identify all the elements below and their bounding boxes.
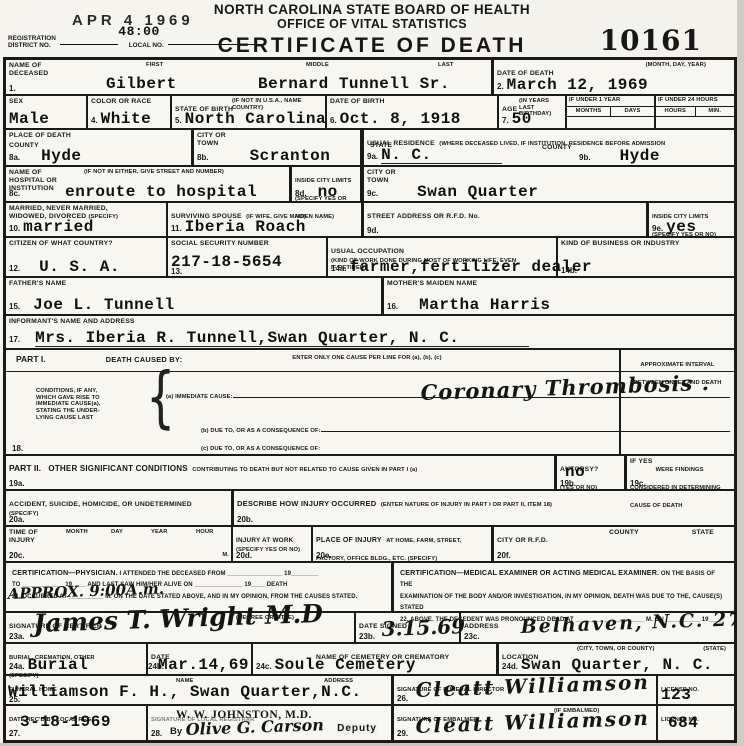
injury-city-number: 20f. <box>497 551 511 560</box>
other-conditions-number: 19a. <box>9 479 25 488</box>
field-citizen: CITIZEN OF WHAT COUNTRY? 12. U. S. A. <box>6 238 166 276</box>
field-place-of-injury: PLACE OF INJURY AT HOME, FARM, STREET, F… <box>311 527 491 561</box>
accident-label: ACCIDENT, SUICIDE, HOMICIDE, OR UNDETERM… <box>9 501 192 508</box>
field-date-received: DATE REC'D BY LOCAL REG. 27. 3-18-1969 <box>6 706 146 740</box>
informant-number: 17. <box>9 335 20 344</box>
address-label: ADDRESS <box>464 623 499 630</box>
field-occupation: USUAL OCCUPATION (KIND OF WORK DONE DURI… <box>326 238 556 276</box>
address-number: 23c. <box>464 632 480 641</box>
last-sublabel: LAST <box>438 62 454 69</box>
limits-8d-number: 8d. <box>295 189 307 198</box>
place-of-death-label: PLACE OF DEATH <box>9 132 188 140</box>
funeral-director-number: 26. <box>397 694 408 703</box>
part1-number: 18. <box>12 444 23 453</box>
state-of-birth-number: 5. <box>175 116 182 125</box>
other-conditions-label: OTHER SIGNIFICANT CONDITIONS <box>48 464 187 473</box>
first-sublabel: FIRST <box>146 62 163 69</box>
title-line3: CERTIFICATE OF DEATH <box>180 34 564 58</box>
year-label: YEAR <box>151 529 168 536</box>
date-of-death-number: 2. <box>497 82 504 91</box>
field-sex: SEX Male <box>6 96 86 128</box>
field-date-signed: DATE SIGNED 23b. 3.15.69 <box>354 613 459 642</box>
field-if-under-1-year: IF UNDER 1 YEAR MONTHS DAYS <box>565 96 654 128</box>
row-registrar: DATE REC'D BY LOCAL REG. 27. 3-18-1969 S… <box>6 706 734 740</box>
due-to-b-line: (b) DUE TO, OR AS A CONSEQUENCE OF: <box>201 422 730 435</box>
row-demographics: SEX Male COLOR OR RACE 4. White STATE OF… <box>6 96 734 130</box>
form-title: NORTH CAROLINA STATE BOARD OF HEALTH OFF… <box>180 2 564 58</box>
field-embalmer-license: LICENSE NO. 684 <box>656 706 734 740</box>
date-signed-number: 23b. <box>359 632 375 641</box>
immediate-cause-value: Coronary Thrombosis . <box>420 370 710 405</box>
part1-body: CONDITIONS, IF ANY, WHICH GAVE RISE TO I… <box>6 372 734 456</box>
due-to-b-rule <box>321 422 730 432</box>
day-label: DAY <box>111 529 123 536</box>
part1-header: PART I. DEATH CAUSED BY: ENTER ONLY ONE … <box>6 350 734 372</box>
hours-label: HOURS <box>656 107 695 118</box>
sex-value: Male <box>9 111 49 127</box>
how-injury-number: 20b. <box>237 515 253 524</box>
field-how-injury-occurred: DESCRIBE HOW INJURY OCCURRED (ENTER NATU… <box>231 491 734 525</box>
citizen-number: 12. <box>9 264 20 273</box>
under-24-hours-label: IF UNDER 24 HOURS <box>656 96 734 107</box>
hour-label: HOUR <box>196 529 213 536</box>
field-time-of-injury: TIME OFINJURY MONTH DAY YEAR HOUR 20c. M… <box>6 527 231 561</box>
middle-sublabel: MIDDLE <box>306 62 329 69</box>
min-label: MIN. <box>696 107 735 118</box>
cemetery-number: 24c. <box>256 662 272 671</box>
row-accident: ACCIDENT, SUICIDE, HOMICIDE, OR UNDETERM… <box>6 491 734 527</box>
date-of-birth-number: 6. <box>330 116 337 125</box>
hospital-value: enroute to hospital <box>65 184 257 200</box>
limits-8d-value: no <box>318 184 338 200</box>
location-sublabel-1: (CITY, TOWN, OR COUNTY) <box>577 646 655 653</box>
date-of-birth-label: DATE OF BIRTH <box>330 98 494 106</box>
row-citizen: CITIZEN OF WHAT COUNTRY? 12. U. S. A. SO… <box>6 238 734 278</box>
ssn-number: 13. <box>171 267 182 276</box>
field-director-license: LICENSE NO. 123 <box>656 676 734 704</box>
row-hospital: NAME OFHOSPITAL ORINSTITUTION (IF NOT IN… <box>6 167 734 203</box>
field-marital-status: MARRIED, NEVER MARRIED,WIDOWED, DIVORCED… <box>6 203 166 236</box>
injury-state-label: STATE <box>692 529 714 537</box>
county-8a-value: Hyde <box>41 148 81 164</box>
registration-district-line <box>60 33 118 45</box>
date-of-death-value: March 12, 1969 <box>507 77 648 93</box>
field-cemetery: NAME OF CEMETERY OR CREMATORY 24c. Soule… <box>251 644 496 674</box>
certifier-signature-number: 23a. <box>9 632 25 641</box>
immediate-cause-line: (a) IMMEDIATE CAUSE: Coronary Thrombosis… <box>166 388 730 401</box>
date-signed-value: 3.15.69 <box>381 614 465 641</box>
field-inside-limits-9e: INSIDE CITY LIMITS (SPECIFY YES OR NO) 9… <box>646 203 734 236</box>
race-value: White <box>101 111 152 127</box>
field-city-or-town-8b: CITY ORTOWN 8b. Scranton <box>191 130 361 165</box>
row-certifier-signature: SIGNATURE OF CERTIFIER (DEGREE OR TITLE)… <box>6 613 734 644</box>
row-informant: INFORMANT'S NAME AND ADDRESS 17. Mrs. Ib… <box>6 316 734 350</box>
conditions-note: CONDITIONS, IF ANY, WHICH GAVE RISE TO I… <box>36 388 146 421</box>
city-9c-number: 9c. <box>367 189 378 198</box>
field-date-of-birth: DATE OF BIRTH 6. Oct. 8, 1918 <box>325 96 497 128</box>
industry-label: KIND OF BUSINESS OR INDUSTRY <box>561 240 731 248</box>
page-header: APR 4 1969 REGISTRATIONDISTRICT NO. 48:0… <box>0 0 744 57</box>
row-parents: FATHER'S NAME 15. Joe L. Tunnell MOTHER'… <box>6 278 734 316</box>
occupation-label: USUAL OCCUPATION <box>331 248 404 255</box>
county-9b-label: COUNTY <box>542 144 572 152</box>
row-place-of-death: PLACE OF DEATH COUNTY 8a. Hyde CITY ORTO… <box>6 130 734 167</box>
ssn-value: 217-18-5654 <box>171 254 282 270</box>
field-accident: ACCIDENT, SUICIDE, HOMICIDE, OR UNDETERM… <box>6 491 231 525</box>
field-mother: MOTHER'S MAIDEN NAME 16. Martha Harris <box>381 278 734 314</box>
date-of-birth-value: Oct. 8, 1918 <box>340 111 461 127</box>
interval-label-1: APPROXIMATE INTERVAL <box>640 362 714 368</box>
name-first-value: Gilbert <box>106 76 177 92</box>
spouse-number: 11. <box>171 224 182 233</box>
field-father: FATHER'S NAME 15. Joe L. Tunnell <box>6 278 381 314</box>
accident-number: 20a. <box>9 515 25 524</box>
conditions-line3: IMMEDIATE CAUSE(a), <box>36 401 146 408</box>
under-1-year-label: IF UNDER 1 YEAR <box>567 96 654 107</box>
field-certifier-signature: SIGNATURE OF CERTIFIER (DEGREE OR TITLE)… <box>6 613 354 642</box>
certificate-form: NAME OFDECEASED FIRST MIDDLE LAST 1. Gil… <box>3 57 737 743</box>
other-conditions-sublabel: CONTRIBUTING TO DEATH BUT NOT RELATED TO… <box>192 467 417 473</box>
field-usual-residence: USUAL RESIDENCE (WHERE DECEASED LIVED, I… <box>361 130 734 165</box>
field-embalmer-signature: SIGNATURE OF EMBALMER (IF EMBALMED) 29. … <box>391 706 656 740</box>
location-number: 24d. <box>502 662 518 671</box>
father-value: Joe L. Tunnell <box>33 297 174 313</box>
injury-county-label: COUNTY <box>609 529 639 537</box>
part1-label: PART I. <box>16 354 46 364</box>
age-value: 50 <box>512 111 532 127</box>
informant-value: Mrs. Iberia R. Tunnell,Swan Quarter, N. … <box>35 330 529 347</box>
spouse-value: Iberia Roach <box>185 219 306 235</box>
county-9b-value: Hyde <box>620 148 660 164</box>
accident-sublabel: (SPECIFY) <box>9 511 228 518</box>
due-to-c-label: (c) DUE TO, OR AS A CONSEQUENCE OF: <box>201 446 320 453</box>
race-number: 4. <box>91 116 98 125</box>
local-no-label: LOCAL NO. <box>129 42 164 50</box>
title-line2: OFFICE OF VITAL STATISTICS <box>180 17 564 31</box>
citizen-value: U. S. A. <box>39 259 120 275</box>
autopsy-number: 19b. <box>560 479 576 488</box>
embalmer-license-value: 684 <box>668 715 698 731</box>
state-9a-number: 9a. <box>367 152 378 161</box>
county-9b-number: 9b. <box>579 153 591 162</box>
sex-label: SEX <box>9 98 83 106</box>
row-funeral-home: FUNERAL HOME NAME ADDRESS 25. Williamson… <box>6 676 734 706</box>
conditions-line4: STATING THE UNDER- <box>36 408 146 415</box>
interval-header: APPROXIMATE INTERVAL BETWEEN ONSET AND D… <box>619 350 734 371</box>
examiner-line1: CERTIFICATION—MEDICAL EXAMINER OR ACTING… <box>400 566 728 592</box>
field-funeral-director-signature: SIGNATURE OF FUNERAL DIRECTOR 26. Cleatt… <box>391 676 656 704</box>
days-label: DAYS <box>611 107 654 118</box>
field-certifier-address: ADDRESS 23c. Belhaven, N.C. 27810 <box>459 613 734 642</box>
row-time-of-injury: TIME OFINJURY MONTH DAY YEAR HOUR 20c. M… <box>6 527 734 563</box>
city-8b-value: Scranton <box>250 148 331 164</box>
conditions-line1: CONDITIONS, IF ANY, <box>36 388 146 395</box>
one-cause-per-line-note: ENTER ONLY ONE CAUSE PER LINE FOR (a), (… <box>292 355 441 362</box>
hospital-sublabel: (IF NOT IN EITHER, GIVE STREET AND NUMBE… <box>84 169 224 176</box>
race-label: COLOR OR RACE <box>91 98 167 106</box>
mother-number: 16. <box>387 302 398 311</box>
marital-number: 10. <box>9 224 20 233</box>
field-other-significant-conditions: PART II. OTHER SIGNIFICANT CONDITIONS CO… <box>6 456 554 489</box>
field-burial: BURIAL, CREMATION, OTHER (SPECIFY) 24a. … <box>6 644 146 674</box>
marital-value: married <box>23 219 94 235</box>
field-surviving-spouse: SURVIVING SPOUSE (IF WIFE, GIVE MAIDEN N… <box>166 203 361 236</box>
physician-attended-text: I ATTENDED THE DECEASED FROM ___________… <box>119 571 318 577</box>
part2-label: PART II. <box>9 463 41 473</box>
field-race: COLOR OR RACE 4. White <box>86 96 170 128</box>
month-label: MONTH <box>66 529 88 536</box>
date-received-number: 27. <box>9 729 20 738</box>
location-sublabel-2: (STATE) <box>703 646 726 653</box>
place-of-injury-number: 20e. <box>316 551 332 560</box>
field-injury-at-work: INJURY AT WORK (SPECIFY YES OR NO) 20d. <box>231 527 311 561</box>
field-findings: IF YES WERE FINDINGS CONSIDERED IN DETER… <box>624 456 734 489</box>
name-number: 1. <box>9 84 16 93</box>
findings-number: 19c. <box>630 479 646 488</box>
months-label: MONTHS <box>567 107 610 118</box>
death-certificate-scan: APR 4 1969 REGISTRATIONDISTRICT NO. 48:0… <box>0 0 744 746</box>
meridiem-label: M. <box>222 552 229 559</box>
due-to-c-line: (c) DUE TO, OR AS A CONSEQUENCE OF: <box>201 446 604 453</box>
field-age: AGE (IN YEARS LAST BIRTHDAY) 7. 50 <box>497 96 565 128</box>
father-number: 15. <box>9 302 20 311</box>
place-of-injury-label: PLACE OF INJURY <box>316 537 382 544</box>
field-local-registrar-signature: SIGNATURE OF LOCAL REGISTRAR W. W. JOHNS… <box>146 706 391 740</box>
city-9c-value: Swan Quarter <box>417 184 538 200</box>
part2-row: PART II. OTHER SIGNIFICANT CONDITIONS CO… <box>6 456 734 491</box>
certificate-number: 10161 <box>600 24 702 57</box>
registration-district-label: REGISTRATIONDISTRICT NO. <box>8 35 56 50</box>
local-registrar-number: 28. <box>151 729 162 738</box>
name-rest-value: Bernard Tunnell Sr. <box>258 76 450 92</box>
immediate-cause-label: (a) IMMEDIATE CAUSE: <box>166 394 233 401</box>
city-8b-number: 8b. <box>197 153 209 162</box>
time-of-injury-number: 20c. <box>9 551 25 560</box>
field-funeral-home: FUNERAL HOME NAME ADDRESS 25. Williamson… <box>6 676 391 704</box>
registration-district-value: 48:00 <box>118 25 160 38</box>
row-marital: MARRIED, NEVER MARRIED,WIDOWED, DIVORCED… <box>6 203 734 238</box>
embalmer-value: Cleatt Williamson <box>415 706 650 738</box>
state-9a-value: N. C. <box>381 147 502 164</box>
registrar-deputy-signature: Olive G. Carson <box>185 715 324 739</box>
street-label: STREET ADDRESS OR R.F.D. No. <box>367 213 480 220</box>
citizen-label: CITIZEN OF WHAT COUNTRY? <box>9 240 163 248</box>
certification-physician-label: CERTIFICATION—PHYSICIAN. <box>12 568 118 577</box>
field-state-of-birth: STATE OF BIRTH (IF NOT IN U.S.A., NAME C… <box>170 96 325 128</box>
father-label: FATHER'S NAME <box>9 280 378 288</box>
field-if-under-24-hours: IF UNDER 24 HOURS HOURS MIN. <box>654 96 734 128</box>
county-8a-number: 8a. <box>9 153 20 162</box>
conditions-line2: WHICH GAVE RISE TO <box>36 395 146 402</box>
field-date-of-death: DATE OF DEATH (MONTH, DAY, YEAR) 2. Marc… <box>491 60 734 94</box>
findings-label: IF YES <box>630 458 653 466</box>
date-of-death-sublabel: (MONTH, DAY, YEAR) <box>646 62 706 69</box>
date-received-value: 3-18-1969 <box>20 714 111 730</box>
ssn-label: SOCIAL SECURITY NUMBER <box>171 240 323 248</box>
field-hospital: NAME OFHOSPITAL ORINSTITUTION (IF NOT IN… <box>6 167 289 201</box>
field-inside-limits-8d: INSIDE CITY LIMITS (SPECIFY YES OR NO) 8… <box>289 167 361 201</box>
field-burial-date: DATE 24b. Mar.14,69 <box>146 644 251 674</box>
title-line1: NORTH CAROLINA STATE BOARD OF HEALTH <box>180 2 564 17</box>
state-of-birth-value: North Carolina <box>185 111 326 127</box>
certification-examiner-label: CERTIFICATION—MEDICAL EXAMINER OR ACTING… <box>400 568 659 577</box>
embalmer-number: 29. <box>397 729 408 738</box>
due-to-b-label: (b) DUE TO, OR AS A CONSEQUENCE OF: <box>201 428 321 435</box>
how-injury-label: DESCRIBE HOW INJURY OCCURRED <box>237 499 376 508</box>
registrar-by-label: By <box>170 726 182 737</box>
burial-date-value: Mar.14,69 <box>158 657 249 673</box>
occupation-value: farmer,fertilizer dealer <box>350 259 592 275</box>
burial-number: 24a. <box>9 662 25 671</box>
mother-value: Martha Harris <box>419 297 550 313</box>
city-8b-label: CITY ORTOWN <box>197 132 357 148</box>
injury-city-label: CITY OR R.F.D. <box>497 537 548 544</box>
field-burial-location: LOCATION (CITY, TOWN, OR COUNTY) (STATE)… <box>496 644 734 674</box>
limits-9e-value: yes <box>666 219 696 235</box>
hospital-number: 8c. <box>9 189 20 198</box>
field-injury-city: CITY OR R.F.D. COUNTY STATE 20f. <box>491 527 734 561</box>
field-informant: INFORMANT'S NAME AND ADDRESS 17. Mrs. Ib… <box>6 316 734 348</box>
field-place-of-death-county: PLACE OF DEATH COUNTY 8a. Hyde <box>6 130 191 165</box>
field-city-9c: CITY ORTOWN 9c. Swan Quarter <box>361 167 734 201</box>
director-license-value: 123 <box>661 687 691 703</box>
autopsy-value: no <box>565 464 585 480</box>
occupation-number: 14a. <box>331 264 347 273</box>
funeral-home-value: Williamson F. H., Swan Quarter,N.C. <box>8 684 362 700</box>
street-number: 9d. <box>367 226 379 235</box>
cemetery-value: Soule Cemetery <box>275 657 416 673</box>
conditions-line5: LYING CAUSE LAST <box>36 415 146 422</box>
mother-label: MOTHER'S MAIDEN NAME <box>387 280 731 288</box>
injury-at-work-number: 20d. <box>236 551 252 560</box>
limits-9e-number: 9e. <box>652 224 663 233</box>
informant-label: INFORMANT'S NAME AND ADDRESS <box>9 318 731 326</box>
row-name: NAME OFDECEASED FIRST MIDDLE LAST 1. Gil… <box>6 60 734 96</box>
field-name-of-deceased: NAME OFDECEASED FIRST MIDDLE LAST 1. Gil… <box>6 60 491 94</box>
how-injury-sublabel: (ENTER NATURE OF INJURY IN PART I OR PAR… <box>381 502 552 508</box>
certification-medical-examiner: CERTIFICATION—MEDICAL EXAMINER OR ACTING… <box>391 563 734 611</box>
field-street-address: STREET ADDRESS OR R.F.D. No. 9d. <box>361 203 646 236</box>
physician-line1: CERTIFICATION—PHYSICIAN. I ATTENDED THE … <box>12 566 385 580</box>
field-ssn: SOCIAL SECURITY NUMBER 217-18-5654 13. <box>166 238 326 276</box>
deputy-stamp: Deputy <box>337 723 377 734</box>
field-autopsy: AUTOPSY? (YES OR NO) no 19b. <box>554 456 624 489</box>
injury-at-work-label: INJURY AT WORK <box>236 537 293 544</box>
burial-value: Burial <box>28 657 89 673</box>
age-number: 7. <box>502 116 509 125</box>
